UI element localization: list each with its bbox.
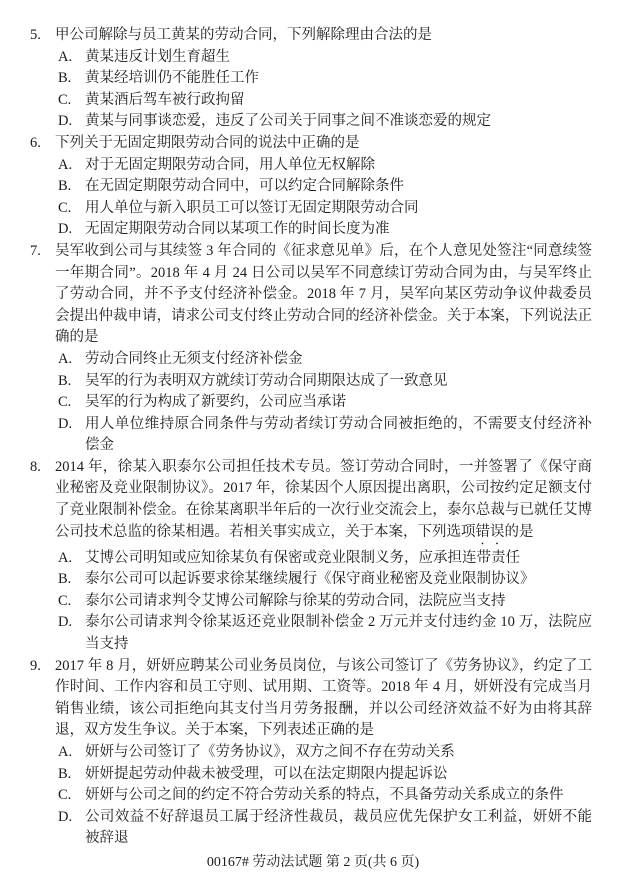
question-number: 8. xyxy=(30,457,55,548)
option-text: 黄某与同事谈恋爱，违反了公司关于同事之间不准谈恋爱的规定 xyxy=(85,111,592,133)
option: B.妍妍提起劳动仲裁未被受理，可以在法定期限内提起诉讼 xyxy=(30,764,592,786)
question-stem-row: 5.甲公司解除与员工黄某的劳动合同，下列解除理由合法的是 xyxy=(30,25,592,47)
option-label: A. xyxy=(58,742,85,764)
question: 6.下列关于无固定期限劳动合同的说法中正确的是A.对于无固定期限劳动合同，用人单… xyxy=(30,133,592,241)
option-text: 艾博公司明知或应知徐某负有保密或竞业限制义务，应承担连带责任 xyxy=(85,548,592,570)
question-number: 5. xyxy=(30,25,55,47)
option-label: B. xyxy=(58,371,85,393)
question-stem: 下列关于无固定期限劳动合同的说法中正确的是 xyxy=(55,133,592,155)
option: B.黄某经培训仍不能胜任工作 xyxy=(30,68,592,90)
question: 8.2014 年，徐某入职泰尔公司担任技术专员。签订劳动合同时，一并签署了《保守… xyxy=(30,457,592,656)
option: C.用人单位与新入职员工可以签订无固定期限劳动合同 xyxy=(30,198,592,220)
option-text: 无固定期限劳动合同以某项工作的时间长度为准 xyxy=(85,219,592,241)
option-label: A. xyxy=(58,155,85,177)
option-text: 泰尔公司可以起诉要求徐某继续履行《保守商业秘密及竞业限制协议》 xyxy=(85,569,592,591)
option-text: 吴军的行为表明双方就续订劳动合同期限达成了一致意见 xyxy=(85,371,592,393)
option: A.艾博公司明知或应知徐某负有保密或竞业限制义务，应承担连带责任 xyxy=(30,548,592,570)
option: C.妍妍与公司之间的约定不符合劳动关系的特点，不具备劳动关系成立的条件 xyxy=(30,785,592,807)
option: D.无固定期限劳动合同以某项工作的时间长度为准 xyxy=(30,219,592,241)
option: C.泰尔公司请求判令艾博公司解除与徐某的劳动合同，法院应当支持 xyxy=(30,591,592,613)
question-stem-row: 7.吴军收到公司与其续签 3 年合同的《征求意见单》后，在个人意见处签注“同意续… xyxy=(30,241,592,349)
option-text: 黄某违反计划生育超生 xyxy=(85,47,592,69)
option: A.妍妍与公司签订了《劳务协议》，双方之间不存在劳动关系 xyxy=(30,742,592,764)
option-text: 妍妍提起劳动仲裁未被受理，可以在法定期限内提起诉讼 xyxy=(85,764,592,786)
option-label: C. xyxy=(58,785,85,807)
option: D.用人单位维持原合同条件与劳动者续订劳动合同被拒绝的，不需要支付经济补偿金 xyxy=(30,414,592,457)
option-text: 妍妍与公司签订了《劳务协议》，双方之间不存在劳动关系 xyxy=(85,742,592,764)
option-text: 妍妍与公司之间的约定不符合劳动关系的特点，不具备劳动关系成立的条件 xyxy=(85,785,592,807)
question-number: 7. xyxy=(30,241,55,349)
question-stem: 2017 年 8 月，妍妍应聘某公司业务员岗位，与该公司签订了《劳务协议》，约定… xyxy=(55,656,592,742)
option: B.泰尔公司可以起诉要求徐某继续履行《保守商业秘密及竞业限制协议》 xyxy=(30,569,592,591)
option: C.黄某酒后驾车被行政拘留 xyxy=(30,90,592,112)
question-stem: 甲公司解除与员工黄某的劳动合同，下列解除理由合法的是 xyxy=(55,25,592,47)
option: D.公司效益不好辞退员工属于经济性裁员，裁员应优先保护女工利益，妍妍不能被辞退 xyxy=(30,807,592,850)
option-label: A. xyxy=(58,548,85,570)
option-text: 用人单位维持原合同条件与劳动者续订劳动合同被拒绝的，不需要支付经济补偿金 xyxy=(85,414,592,457)
option-text: 在无固定期限劳动合同中，可以约定合同解除条件 xyxy=(85,176,592,198)
option-text: 黄某经培训仍不能胜任工作 xyxy=(85,68,592,90)
option-label: A. xyxy=(58,47,85,69)
option-list: A.黄某违反计划生育超生B.黄某经培训仍不能胜任工作C.黄某酒后驾车被行政拘留D… xyxy=(30,47,592,133)
option-list: A.艾博公司明知或应知徐某负有保密或竞业限制义务，应承担连带责任B.泰尔公司可以… xyxy=(30,548,592,656)
option: A.黄某违反计划生育超生 xyxy=(30,47,592,69)
option: B.吴军的行为表明双方就续订劳动合同期限达成了一致意见 xyxy=(30,371,592,393)
exam-page: 5.甲公司解除与员工黄某的劳动合同，下列解除理由合法的是A.黄某违反计划生育超生… xyxy=(0,0,626,893)
option-label: B. xyxy=(58,764,85,786)
option-list: A.对于无固定期限劳动合同，用人单位无权解除B.在无固定期限劳动合同中，可以约定… xyxy=(30,155,592,241)
option-text: 泰尔公司请求判令艾博公司解除与徐某的劳动合同，法院应当支持 xyxy=(85,591,592,613)
option-label: D. xyxy=(58,612,85,655)
option: A.对于无固定期限劳动合同，用人单位无权解除 xyxy=(30,155,592,177)
option-label: D. xyxy=(58,414,85,457)
option-label: D. xyxy=(58,111,85,133)
option-label: D. xyxy=(58,219,85,241)
option-label: B. xyxy=(58,569,85,591)
question-stem-row: 6.下列关于无固定期限劳动合同的说法中正确的是 xyxy=(30,133,592,155)
question-number: 6. xyxy=(30,133,55,155)
option-label: C. xyxy=(58,90,85,112)
page-footer: 00167# 劳动法试题 第 2 页(共 6 页) xyxy=(0,852,626,874)
option-label: A. xyxy=(58,349,85,371)
option-text: 公司效益不好辞退员工属于经济性裁员，裁员应优先保护女工利益，妍妍不能被辞退 xyxy=(85,807,592,850)
option-label: C. xyxy=(58,198,85,220)
emphasized-text: 错误 xyxy=(476,524,505,540)
question: 9.2017 年 8 月，妍妍应聘某公司业务员岗位，与该公司签订了《劳务协议》，… xyxy=(30,656,592,850)
option: C.吴军的行为构成了新要约，公司应当承诺 xyxy=(30,392,592,414)
option: A.劳动合同终止无须支付经济补偿金 xyxy=(30,349,592,371)
question-stem-row: 8.2014 年，徐某入职泰尔公司担任技术专员。签订劳动合同时，一并签署了《保守… xyxy=(30,457,592,548)
question-stem-row: 9.2017 年 8 月，妍妍应聘某公司业务员岗位，与该公司签订了《劳务协议》，… xyxy=(30,656,592,742)
option-text: 泰尔公司请求判令徐某返还竞业限制补偿金 2 万元并支付违约金 10 万，法院应当… xyxy=(85,612,592,655)
option-text: 用人单位与新入职员工可以签订无固定期限劳动合同 xyxy=(85,198,592,220)
option-label: D. xyxy=(58,807,85,850)
option-text: 吴军的行为构成了新要约，公司应当承诺 xyxy=(85,392,592,414)
option-text: 对于无固定期限劳动合同，用人单位无权解除 xyxy=(85,155,592,177)
question-stem: 2014 年，徐某入职泰尔公司担任技术专员。签订劳动合同时，一并签署了《保守商业… xyxy=(55,457,592,548)
option-text: 黄某酒后驾车被行政拘留 xyxy=(85,90,592,112)
option-text: 劳动合同终止无须支付经济补偿金 xyxy=(85,349,592,371)
question: 7.吴军收到公司与其续签 3 年合同的《征求意见单》后，在个人意见处签注“同意续… xyxy=(30,241,592,457)
option-list: A.妍妍与公司签订了《劳务协议》，双方之间不存在劳动关系B.妍妍提起劳动仲裁未被… xyxy=(30,742,592,850)
option-label: C. xyxy=(58,591,85,613)
question-stem: 吴军收到公司与其续签 3 年合同的《征求意见单》后，在个人意见处签注“同意续签一… xyxy=(55,241,592,349)
option: B.在无固定期限劳动合同中，可以约定合同解除条件 xyxy=(30,176,592,198)
option-label: B. xyxy=(58,176,85,198)
option-label: C. xyxy=(58,392,85,414)
question: 5.甲公司解除与员工黄某的劳动合同，下列解除理由合法的是A.黄某违反计划生育超生… xyxy=(30,25,592,133)
option-label: B. xyxy=(58,68,85,90)
question-list: 5.甲公司解除与员工黄某的劳动合同，下列解除理由合法的是A.黄某违反计划生育超生… xyxy=(30,25,592,850)
question-number: 9. xyxy=(30,656,55,742)
option: D.泰尔公司请求判令徐某返还竞业限制补偿金 2 万元并支付违约金 10 万，法院… xyxy=(30,612,592,655)
option-list: A.劳动合同终止无须支付经济补偿金B.吴军的行为表明双方就续订劳动合同期限达成了… xyxy=(30,349,592,457)
option: D.黄某与同事谈恋爱，违反了公司关于同事之间不准谈恋爱的规定 xyxy=(30,111,592,133)
